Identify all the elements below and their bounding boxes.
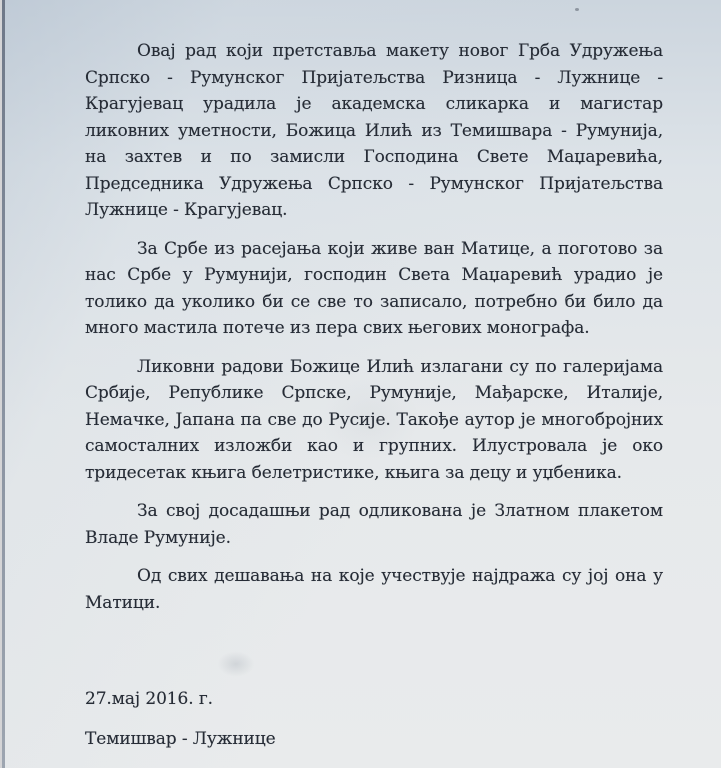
body-paragraph-3: Ликовни радови Божице Илић излагани су п… <box>85 354 663 487</box>
paper-speck <box>575 8 579 11</box>
document-photo: Овај рад који претставља макету новог Гр… <box>0 0 721 768</box>
body-paragraph-1: Овај рад који претставља макету новог Гр… <box>85 38 663 224</box>
place-line: Темишвар - Лужнице <box>85 726 663 753</box>
date-line: 27.мај 2016. г. <box>85 686 663 713</box>
paper-edge-shadow <box>2 0 5 768</box>
body-paragraph-5: Од свих дешавања на које учествује најдр… <box>85 563 663 616</box>
signature-block: 27.мај 2016. г. Темишвар - Лужнице <box>85 686 663 752</box>
paper-sheet: Овај рад који претставља макету новог Гр… <box>85 38 663 765</box>
body-paragraph-2: За Србе из расејања који живе ван Матице… <box>85 236 663 342</box>
body-paragraph-4: За свој досадашњи рад одликована је Злат… <box>85 498 663 551</box>
